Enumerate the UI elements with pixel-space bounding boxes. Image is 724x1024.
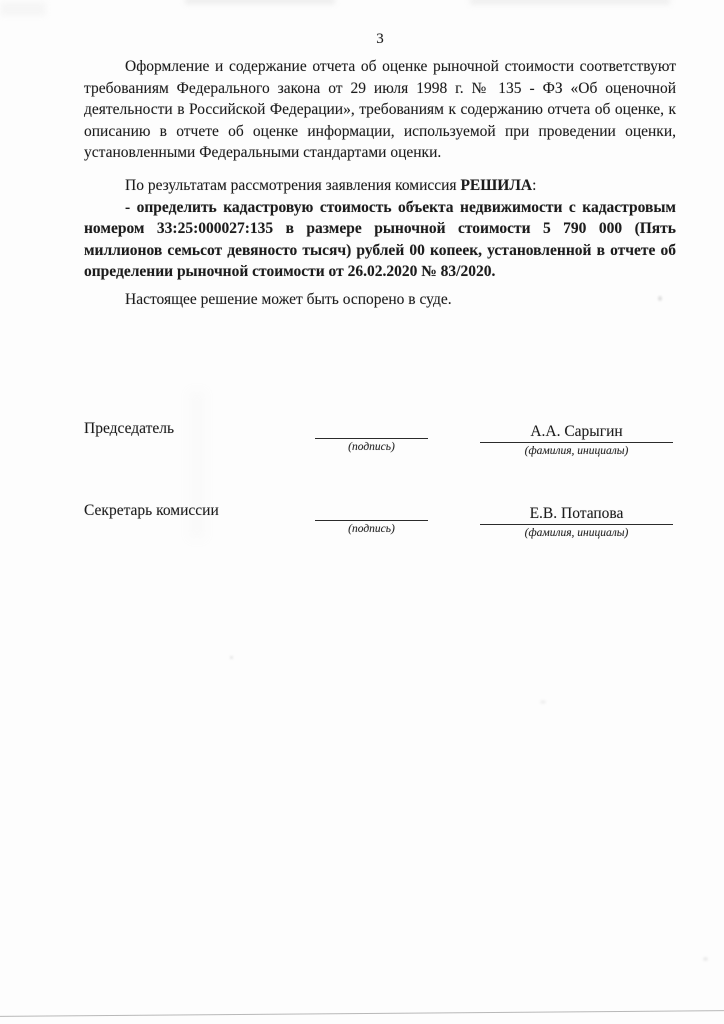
signature-field-secretary: (подпись) <box>315 520 428 536</box>
scan-artifact <box>703 957 708 961</box>
scan-artifact <box>185 0 335 4</box>
decision-intro-text: По результатам рассмотрения заявления ко… <box>125 177 460 194</box>
signature-caption: (подпись) <box>315 439 428 454</box>
page-number: 3 <box>84 31 676 48</box>
paragraph-appeal-notice: Настоящее решение может быть оспорено в … <box>84 289 676 311</box>
paragraph-report-compliance: Оформление и содержание отчета об оценке… <box>84 56 676 164</box>
signatory-name: Е.В. Потапова <box>480 505 673 524</box>
page-edge-shadow <box>0 1010 724 1017</box>
name-field-chairman: А.А. Сарыгин (фамилия, инициалы) <box>480 423 673 458</box>
scan-artifact <box>540 700 546 704</box>
signature-role-secretary: Секретарь комиссии <box>84 502 219 520</box>
decision-intro-colon: : <box>532 177 536 194</box>
decision-block: По результатам рассмотрения заявления ко… <box>84 175 676 283</box>
scan-artifact <box>470 0 670 5</box>
scan-artifact <box>0 2 46 16</box>
name-field-secretary: Е.В. Потапова (фамилия, инициалы) <box>480 505 673 540</box>
document-page: 3 Оформление и содержание отчета об оцен… <box>0 0 724 1024</box>
scan-artifact <box>658 296 662 301</box>
decision-keyword: РЕШИЛА <box>460 177 532 194</box>
signature-caption: (подпись) <box>315 521 428 536</box>
signature-field-chairman: (подпись) <box>315 438 428 454</box>
paragraph-decision-resolution: - определить кадастровую стоимость объек… <box>84 197 676 283</box>
signatory-name: А.А. Сарыгин <box>480 423 673 442</box>
paragraph-decision-intro: По результатам рассмотрения заявления ко… <box>84 175 676 197</box>
name-caption: (фамилия, инициалы) <box>480 525 673 540</box>
name-caption: (фамилия, инициалы) <box>480 443 673 458</box>
signature-role-chairman: Председатель <box>84 420 174 438</box>
scan-artifact <box>230 656 233 659</box>
